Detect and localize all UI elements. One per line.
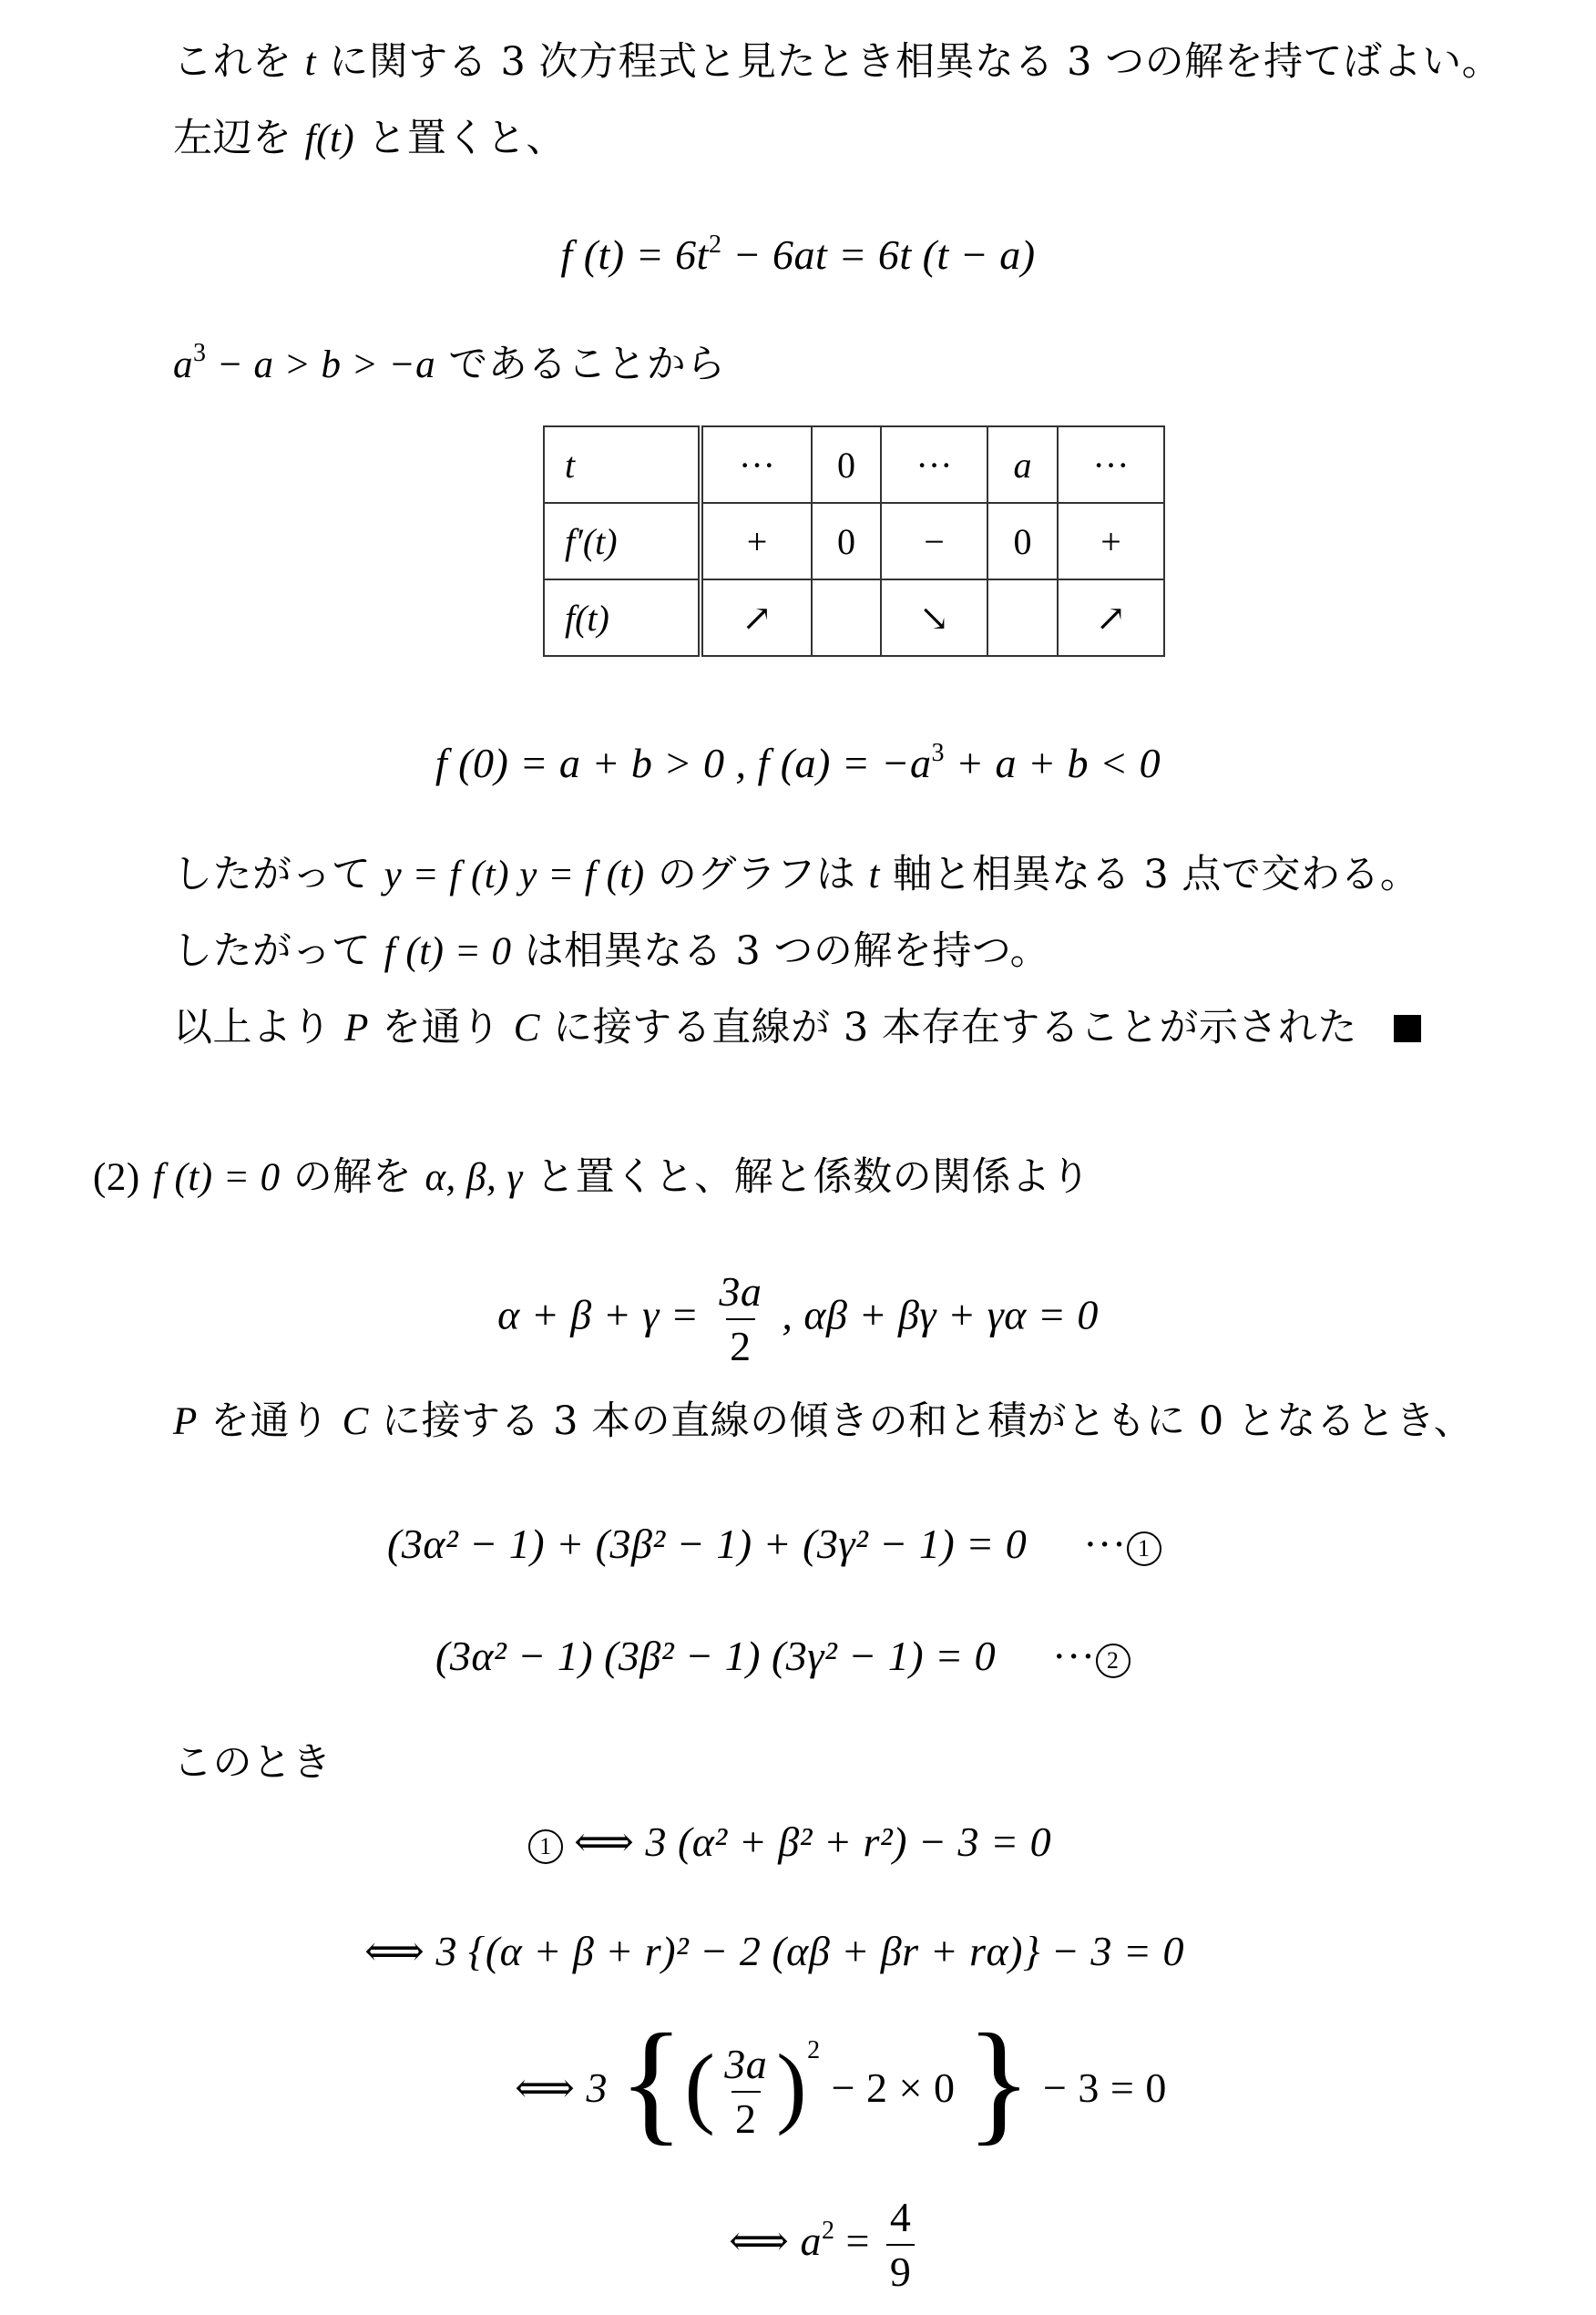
table-row-derivative: f′(t) + 0 − 0 +	[544, 503, 1164, 579]
text: 左辺を	[173, 116, 305, 161]
equation-vieta: α + β + γ = 3a2 , αβ + βγ + γα = 0	[0, 1271, 1596, 1367]
cell: 0	[812, 426, 881, 503]
math: f (t) = 0	[153, 1156, 281, 1199]
text: であることから	[435, 342, 726, 387]
cell: a	[987, 426, 1058, 503]
variation-table: t ··· 0 ··· a ··· f′(t) + 0 − 0 + f(t) ↗…	[543, 425, 1165, 657]
denominator: 2	[726, 1318, 755, 1367]
equation-step-4: ⟺ a2 = 49	[729, 2196, 920, 2293]
arrow-down-right-icon: ↘	[881, 579, 987, 656]
exponent: 2	[807, 2036, 821, 2064]
cell: ···	[1058, 426, 1164, 503]
eq-arrow: ⟺ a	[729, 2218, 822, 2264]
text-line-condition: a3 − a > b > −a であることから	[173, 337, 726, 393]
math: y = f (t) y = f (t)	[384, 854, 645, 896]
denominator: 9	[886, 2244, 916, 2293]
cell: +	[1058, 503, 1164, 579]
eq-text: ⟺ 3 (α² + β² + r²) − 3 = 0	[574, 1818, 1051, 1865]
math-var-t: t	[869, 854, 880, 896]
arrow-up-right-icon: ↗	[701, 579, 812, 656]
eq-text: ⟺ 3 {(α + β + r)² − 2 (αβ + βr + rα)} − …	[364, 1928, 1184, 1974]
eq-mid: − 2 × 0	[821, 2064, 956, 2111]
text: に接する 3 本の直線の傾きの和と積がともに 0 となるとき、	[369, 1398, 1473, 1444]
eq-part: + a + b < 0	[945, 740, 1161, 786]
numerator: 3a	[721, 2044, 771, 2091]
eq-lhs: α + β + γ =	[497, 1292, 710, 1338]
equation-1: (3α² − 1) + (3β² − 1) + (3γ² − 1) = 0 ··…	[387, 1517, 1161, 1572]
exponent: 2	[709, 230, 722, 259]
row-header: f′(t)	[544, 503, 701, 579]
text-line-conclusion-roots: したがって f (t) = 0 は相異なる 3 つの解を持つ。	[173, 924, 1049, 979]
circled-number-1: 1	[528, 1829, 563, 1864]
table-row-t: t ··· 0 ··· a ···	[544, 426, 1164, 503]
text-line-conclusion-graph: したがって y = f (t) y = f (t) のグラフは t 軸と相異なる…	[173, 847, 1419, 903]
eq-text: (3α² − 1) (3β² − 1) (3γ² − 1) = 0	[435, 1633, 996, 1679]
eq-rhs: , αβ + βγ + γα = 0	[771, 1292, 1099, 1338]
arrow-up-right-icon: ↗	[1058, 579, 1164, 656]
numerator: 3a	[715, 1271, 765, 1318]
left-paren: (	[684, 2035, 715, 2136]
text-line-cubic-condition: これを t に関する 3 次方程式と見たとき相異なる 3 つの解を持てばよい。	[173, 35, 1501, 90]
text: 軸と相異なる 3 点で交わる。	[880, 852, 1419, 897]
cell: +	[701, 503, 812, 579]
text: に関する 3 次方程式と見たとき相異なる 3 つの解を持てばよい。	[316, 39, 1501, 85]
math-var-C: C	[343, 1400, 369, 1443]
eq-tail: − 3 = 0	[1032, 2064, 1167, 2111]
math: a	[173, 343, 193, 386]
equation-values: f (0) = a + b > 0 , f (a) = −a3 + a + b …	[0, 736, 1596, 791]
math-var-C: C	[514, 1007, 540, 1050]
text: このとき	[173, 1740, 332, 1786]
equation-2: (3α² − 1) (3β² − 1) (3γ² − 1) = 0 ···2	[435, 1629, 1130, 1684]
equation-step-1: 1 ⟺ 3 (α² + β² + r²) − 3 = 0	[528, 1815, 1051, 1869]
text-line-konotoki: このとき	[173, 1736, 332, 1790]
text: を通り	[369, 1005, 514, 1050]
cell	[987, 579, 1058, 656]
eq-rhs: − 6at = 6t (t − a)	[721, 231, 1035, 278]
eq-lhs: f (t) = 6t	[560, 231, 709, 278]
dots: ···	[1083, 1521, 1126, 1567]
cell: 0	[987, 503, 1058, 579]
text-line-define-f: 左辺を f(t) と置くと、	[173, 111, 566, 167]
text: したがって	[173, 852, 384, 897]
text: は相異なる 3 つの解を持つ。	[511, 928, 1049, 974]
fraction: 3a2	[715, 1271, 765, 1367]
text-line-slope-condition: P を通り C に接する 3 本の直線の傾きの和と積がともに 0 となるとき、	[173, 1394, 1473, 1449]
dots: ···	[1052, 1633, 1095, 1679]
text: を通り	[198, 1398, 343, 1444]
row-header: t	[544, 426, 701, 503]
math: f (t) = 0	[384, 930, 512, 973]
cell: −	[881, 503, 987, 579]
eq-text: (3α² − 1) + (3β² − 1) + (3γ² − 1) = 0	[387, 1521, 1027, 1567]
row-header: f(t)	[544, 579, 701, 656]
text-line-part2-intro: (2) f (t) = 0 の解を α, β, γ と置くと、解と係数の関係より	[93, 1150, 1090, 1205]
cell	[812, 579, 881, 656]
cell: ···	[701, 426, 812, 503]
text: と置くと、解と係数の関係より	[523, 1154, 1090, 1200]
math-var-P: P	[344, 1007, 369, 1050]
math-vars: α, β, γ	[425, 1156, 522, 1199]
text: のグラフは	[645, 852, 869, 897]
cell: ···	[881, 426, 987, 503]
eq-part: f (0) = a + b > 0 , f (a) = −a	[435, 740, 932, 786]
cell: 0	[812, 503, 881, 579]
math-var-P: P	[173, 1400, 198, 1443]
equation-step-2: ⟺ 3 {(α + β + r)² − 2 (αβ + βr + rα)} − …	[364, 1924, 1184, 1979]
eq-arrow: ⟺ 3	[515, 2064, 608, 2111]
left-brace: {	[619, 2006, 685, 2157]
exponent: 3	[931, 739, 945, 767]
fraction: 3a2	[721, 2044, 771, 2140]
circled-number-2: 2	[1096, 1644, 1130, 1678]
math-var-t: t	[305, 41, 316, 84]
part-label: (2)	[93, 1156, 140, 1199]
text: に接する直線が 3 本存在することが示された	[540, 1005, 1357, 1050]
equation-step-3: ⟺ 3 {(3a2)2 − 2 × 0 } − 3 = 0	[515, 2033, 1167, 2143]
text-line-conclusion-final: 以上より P を通り C に接する直線が 3 本存在することが示された	[173, 1000, 1421, 1056]
text: したがって	[173, 928, 384, 974]
circled-number-1: 1	[1127, 1531, 1161, 1566]
numerator: 4	[886, 2197, 916, 2244]
exponent: 2	[822, 2217, 835, 2245]
text: これを	[173, 39, 305, 85]
qed-square-icon	[1394, 1015, 1421, 1042]
fraction: 49	[886, 2197, 916, 2293]
right-brace: }	[966, 2006, 1032, 2157]
table-row-function: f(t) ↗ ↘ ↗	[544, 579, 1164, 656]
math-f-t: f(t)	[305, 118, 355, 160]
math: − a > b > −a	[207, 343, 436, 386]
denominator: 2	[731, 2091, 761, 2140]
equation-derivative: f (t) = 6t2 − 6at = 6t (t − a)	[0, 228, 1596, 282]
eq-sign: =	[834, 2218, 880, 2264]
text: と置くと、	[354, 116, 566, 161]
right-paren: )	[776, 2035, 807, 2136]
exponent: 3	[193, 339, 207, 367]
text: の解を	[281, 1154, 425, 1200]
text: 以上より	[173, 1005, 344, 1050]
